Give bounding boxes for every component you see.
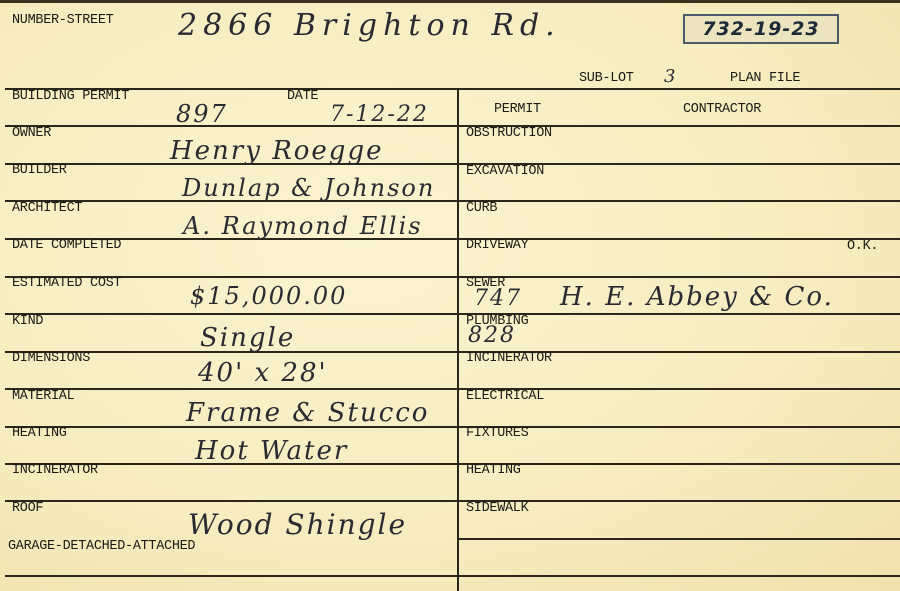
roof-value: Wood Shingle <box>188 508 407 541</box>
sewer-permit-value: 747 <box>474 286 522 311</box>
building-permit-value: 897 <box>176 100 228 128</box>
heating-label: HEATING <box>12 426 67 441</box>
electrical-label: ELECTRICAL <box>466 389 544 404</box>
architect-value: A. Raymond Ellis <box>183 212 423 240</box>
building-permit-label: BUILDING PERMIT <box>12 89 129 104</box>
fixtures-label: FIXTURES <box>466 426 528 441</box>
kind-value: Single <box>200 323 295 353</box>
divider-line <box>5 238 900 240</box>
date-value: 7-12-22 <box>330 102 429 127</box>
divider-line <box>5 500 900 502</box>
divider-line <box>457 538 900 540</box>
sub-lot-label: SUB-LOT <box>579 71 634 86</box>
divider-line <box>5 163 900 165</box>
divider-line <box>5 575 900 577</box>
divider-line <box>5 88 900 90</box>
incinerator-permit-label: INCINERATOR <box>466 351 552 366</box>
architect-label: ARCHITECT <box>12 201 82 216</box>
divider-line <box>5 125 900 127</box>
garage-label: GARAGE-DETACHED-ATTACHED <box>8 539 195 554</box>
sewer-contractor-value: H. E. Abbey & Co. <box>560 282 834 312</box>
driveway-note: O.K. <box>847 239 878 254</box>
permit-card: NUMBER-STREET 2866 Brighton Rd. 732-19-2… <box>0 0 900 591</box>
heating-value: Hot Water <box>195 436 348 466</box>
estimated-cost-value: $15,000.00 <box>190 282 347 310</box>
divider-line <box>5 200 900 202</box>
date-completed-label: DATE COMPLETED <box>12 238 121 253</box>
driveway-label: DRIVEWAY <box>466 238 528 253</box>
date-label: DATE <box>287 89 318 104</box>
incinerator-label: INCINERATOR <box>12 463 98 478</box>
number-street-label: NUMBER-STREET <box>12 13 113 28</box>
divider-line <box>5 388 900 390</box>
builder-value: Dunlap & Johnson <box>182 174 435 202</box>
builder-label: BUILDER <box>12 163 67 178</box>
owner-value: Henry Roegge <box>170 136 383 166</box>
plumbing-permit-value: 828 <box>468 323 516 348</box>
divider-line <box>5 313 900 315</box>
kind-label: KIND <box>12 314 43 329</box>
card-top-edge <box>0 0 900 3</box>
sidewalk-label: SIDEWALK <box>466 501 528 516</box>
owner-label: OWNER <box>12 126 51 141</box>
column-divider <box>457 88 459 591</box>
divider-line <box>5 463 900 465</box>
plan-file-label: PLAN FILE <box>730 71 800 86</box>
curb-label: CURB <box>466 201 497 216</box>
contractor-column-header: CONTRACTOR <box>683 102 761 117</box>
material-label: MATERIAL <box>12 389 74 404</box>
dimensions-value: 40' x 28' <box>198 358 328 388</box>
divider-line <box>5 351 900 353</box>
excavation-label: EXCAVATION <box>466 164 544 179</box>
heating-permit-label: HEATING <box>466 463 521 478</box>
dimensions-label: DIMENSIONS <box>12 351 90 366</box>
permit-column-header: PERMIT <box>494 102 541 117</box>
roof-label: ROOF <box>12 501 43 516</box>
material-value: Frame & Stucco <box>186 398 429 428</box>
stamp-number: 732-19-23 <box>683 14 839 44</box>
divider-line <box>5 426 900 428</box>
sub-lot-value: 3 <box>664 66 677 87</box>
estimated-cost-label: ESTIMATED COST <box>12 276 121 291</box>
address-value: 2866 Brighton Rd. <box>178 8 561 43</box>
obstruction-label: OBSTRUCTION <box>466 126 552 141</box>
divider-line <box>5 276 900 278</box>
